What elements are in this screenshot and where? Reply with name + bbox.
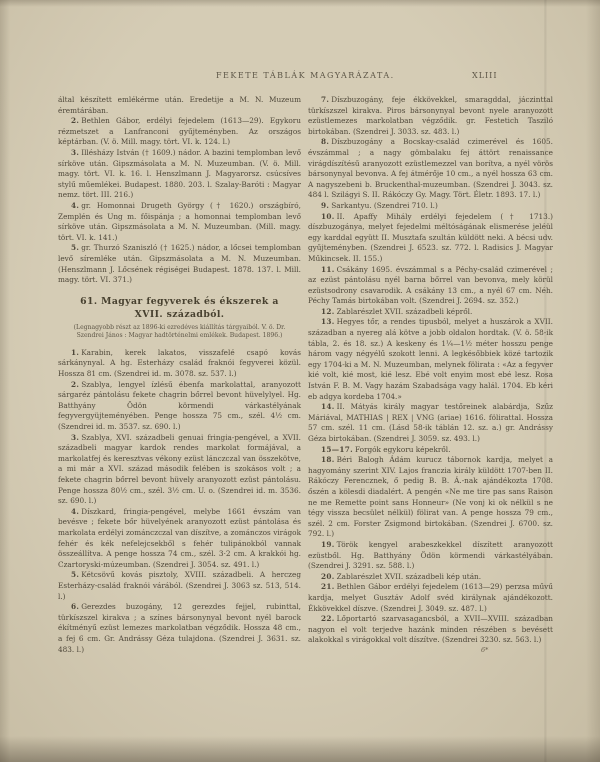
item-text: Török kengyel arabeszkekkel díszített ar… [308, 540, 553, 570]
printer-signature-mark: 6* [481, 646, 488, 654]
list-item: 6.Gerezdes buzogány, 12 gerezdes fejjel,… [58, 602, 301, 655]
list-item: 13.Hegyes tőr, a rendes tipusból, melyet… [308, 317, 553, 402]
item-number: 3. [71, 433, 79, 442]
list-item: 7.Díszbuzogány, feje ékkövekkel, smaragd… [308, 95, 553, 137]
list-item: 10.II. Apaffy Mihály erdélyi fejedelem (… [308, 212, 553, 265]
item-text: Szablya, lengyel ízlésű ébenfa markolatt… [58, 380, 301, 431]
list-item: 12.Zablarészlet XVII. századbeli képről. [308, 307, 553, 318]
list-item: 5.Kétcsövű kovás pisztoly, XVIII. század… [58, 570, 301, 602]
list-item: 1.Karabin, kerek lakatos, visszafelé csa… [58, 348, 301, 380]
paragraph-continuation: által készített emlékérme után. Eredetij… [58, 95, 301, 116]
list-item: 2.Szablya, lengyel ízlésű ébenfa markola… [58, 380, 301, 433]
section-heading-line1: 61. Magyar fegyverek és ékszerek a [58, 295, 301, 308]
item-number: 2. [71, 116, 79, 125]
item-number: 13. [321, 317, 335, 326]
item-text: Illésházy István († 1609.) nádor. A bazi… [58, 148, 301, 199]
item-number: 20. [321, 572, 335, 581]
item-text: II. Mátyás király magyar testőreinek ala… [308, 402, 553, 443]
item-text: Zablarészlet XVII. századbeli kép után. [337, 572, 481, 581]
item-text: Forgók egykoru képekről. [355, 445, 450, 454]
scanned-book-page: FEKETE TÁBLÁK MAGYARÁZATA. XLIII által k… [0, 0, 600, 762]
item-text: Szablya, XVI. századbeli genuai fringia-… [58, 433, 301, 506]
list-item: 3.Illésházy István († 1609.) nádor. A ba… [58, 148, 301, 201]
item-text: Zablarészlet XVII. századbeli képről. [337, 307, 473, 316]
section-heading-line2: XVII. századból. [58, 308, 301, 321]
item-number: 4. [71, 201, 79, 210]
item-text: Karabin, kerek lakatos, visszafelé csapó… [58, 348, 301, 378]
list-item: 15—17.Forgók egykoru képekről. [308, 445, 553, 456]
item-text: által készített emlékérme után. Eredetij… [58, 95, 301, 115]
list-item: 3.Szablya, XVI. századbeli genuai fringi… [58, 433, 301, 507]
item-text: gr. Homonnai Drugeth György († 1620.) or… [58, 201, 301, 242]
section-heading: 61. Magyar fegyverek és ékszerek a XVII.… [58, 295, 301, 321]
list-item: 21.Bethlen Gábor erdélyi fejedelem (1613… [308, 582, 553, 614]
item-text: Díszkard, fringia-pengével, melybe 1661 … [58, 507, 301, 569]
item-text: gr. Thurzó Szaniszló († 1625.) nádor, a … [58, 243, 301, 284]
item-text: Csákány 1695. évszámmal s a Péchy-család… [308, 265, 553, 306]
item-number: 11. [321, 265, 335, 274]
item-number: 18. [321, 455, 335, 464]
item-number: 6. [71, 602, 79, 611]
list-item: 14.II. Mátyás király magyar testőreinek … [308, 402, 553, 444]
item-number: 7. [321, 95, 329, 104]
list-item: 4.Díszkard, fringia-pengével, melybe 166… [58, 507, 301, 571]
item-number: 5. [71, 570, 79, 579]
item-number: 12. [321, 307, 335, 316]
item-text: Lőportartó szarvasagancsból, a XVII—XVII… [308, 614, 553, 644]
list-item: 5.gr. Thurzó Szaniszló († 1625.) nádor, … [58, 243, 301, 285]
item-number: 2. [71, 380, 79, 389]
item-number: 8. [321, 137, 329, 146]
item-number: 5. [71, 243, 79, 252]
item-number: 3. [71, 148, 79, 157]
page-number: XLIII [472, 71, 498, 80]
item-number: 15—17. [321, 445, 353, 454]
item-text: Sarkantyu. (Szendrei 710. l.) [331, 201, 438, 210]
item-number: 22. [321, 614, 335, 623]
running-head: FEKETE TÁBLÁK MAGYARÁZATA. XLIII [0, 71, 600, 83]
item-number: 21. [321, 582, 335, 591]
list-item: 20.Zablarészlet XVII. századbeli kép utá… [308, 572, 553, 583]
list-item: 19.Török kengyel arabeszkekkel díszített… [308, 540, 553, 572]
item-text: Béri Balogh Ádám kurucz tábornok kardja,… [308, 455, 553, 538]
item-text: Kétcsövű kovás pisztoly, XVIII. századbe… [58, 570, 301, 600]
running-title: FEKETE TÁBLÁK MAGYARÁZATA. [216, 71, 395, 80]
item-text: Hegyes tőr, a rendes tipusból, melyet a … [308, 317, 553, 400]
item-text: Díszbuzogány, feje ékkövekkel, smaragdda… [308, 95, 553, 136]
item-number: 9. [321, 201, 329, 210]
list-item: 2.Bethlen Gábor, erdélyi fejedelem (1613… [58, 116, 301, 148]
list-item: 22.Lőportartó szarvasagancsból, a XVII—X… [308, 614, 553, 646]
item-number: 19. [321, 540, 335, 549]
item-text: Bethlen Gábor, erdélyi fejedelem (1613—2… [58, 116, 301, 146]
item-number: 4. [71, 507, 79, 516]
item-number: 10. [321, 212, 335, 221]
item-text: Bethlen Gábor erdélyi fejedelem (1613—29… [308, 582, 553, 612]
item-text: Díszbuzogány a Bocskay-család czimerével… [308, 137, 553, 199]
list-item: 9.Sarkantyu. (Szendrei 710. l.) [308, 201, 553, 212]
list-item: 8.Díszbuzogány a Bocskay-család czimerév… [308, 137, 553, 201]
right-column: 7.Díszbuzogány, feje ékkövekkel, smaragd… [308, 95, 553, 646]
item-number: 14. [321, 402, 335, 411]
list-item: 11.Csákány 1695. évszámmal s a Péchy-csa… [308, 265, 553, 307]
left-column: által készített emlékérme után. Eredetij… [58, 95, 301, 655]
section-note: (Legnagyobb részt az 1896-ki ezredéves k… [60, 324, 299, 341]
item-text: Gerezdes buzogány, 12 gerezdes fejjel, r… [58, 602, 301, 653]
list-item: 18.Béri Balogh Ádám kurucz tábornok kard… [308, 455, 553, 540]
list-item: 4.gr. Homonnai Drugeth György († 1620.) … [58, 201, 301, 243]
item-text: II. Apaffy Mihály erdélyi fejedelem († 1… [308, 212, 553, 263]
item-number: 1. [71, 348, 79, 357]
